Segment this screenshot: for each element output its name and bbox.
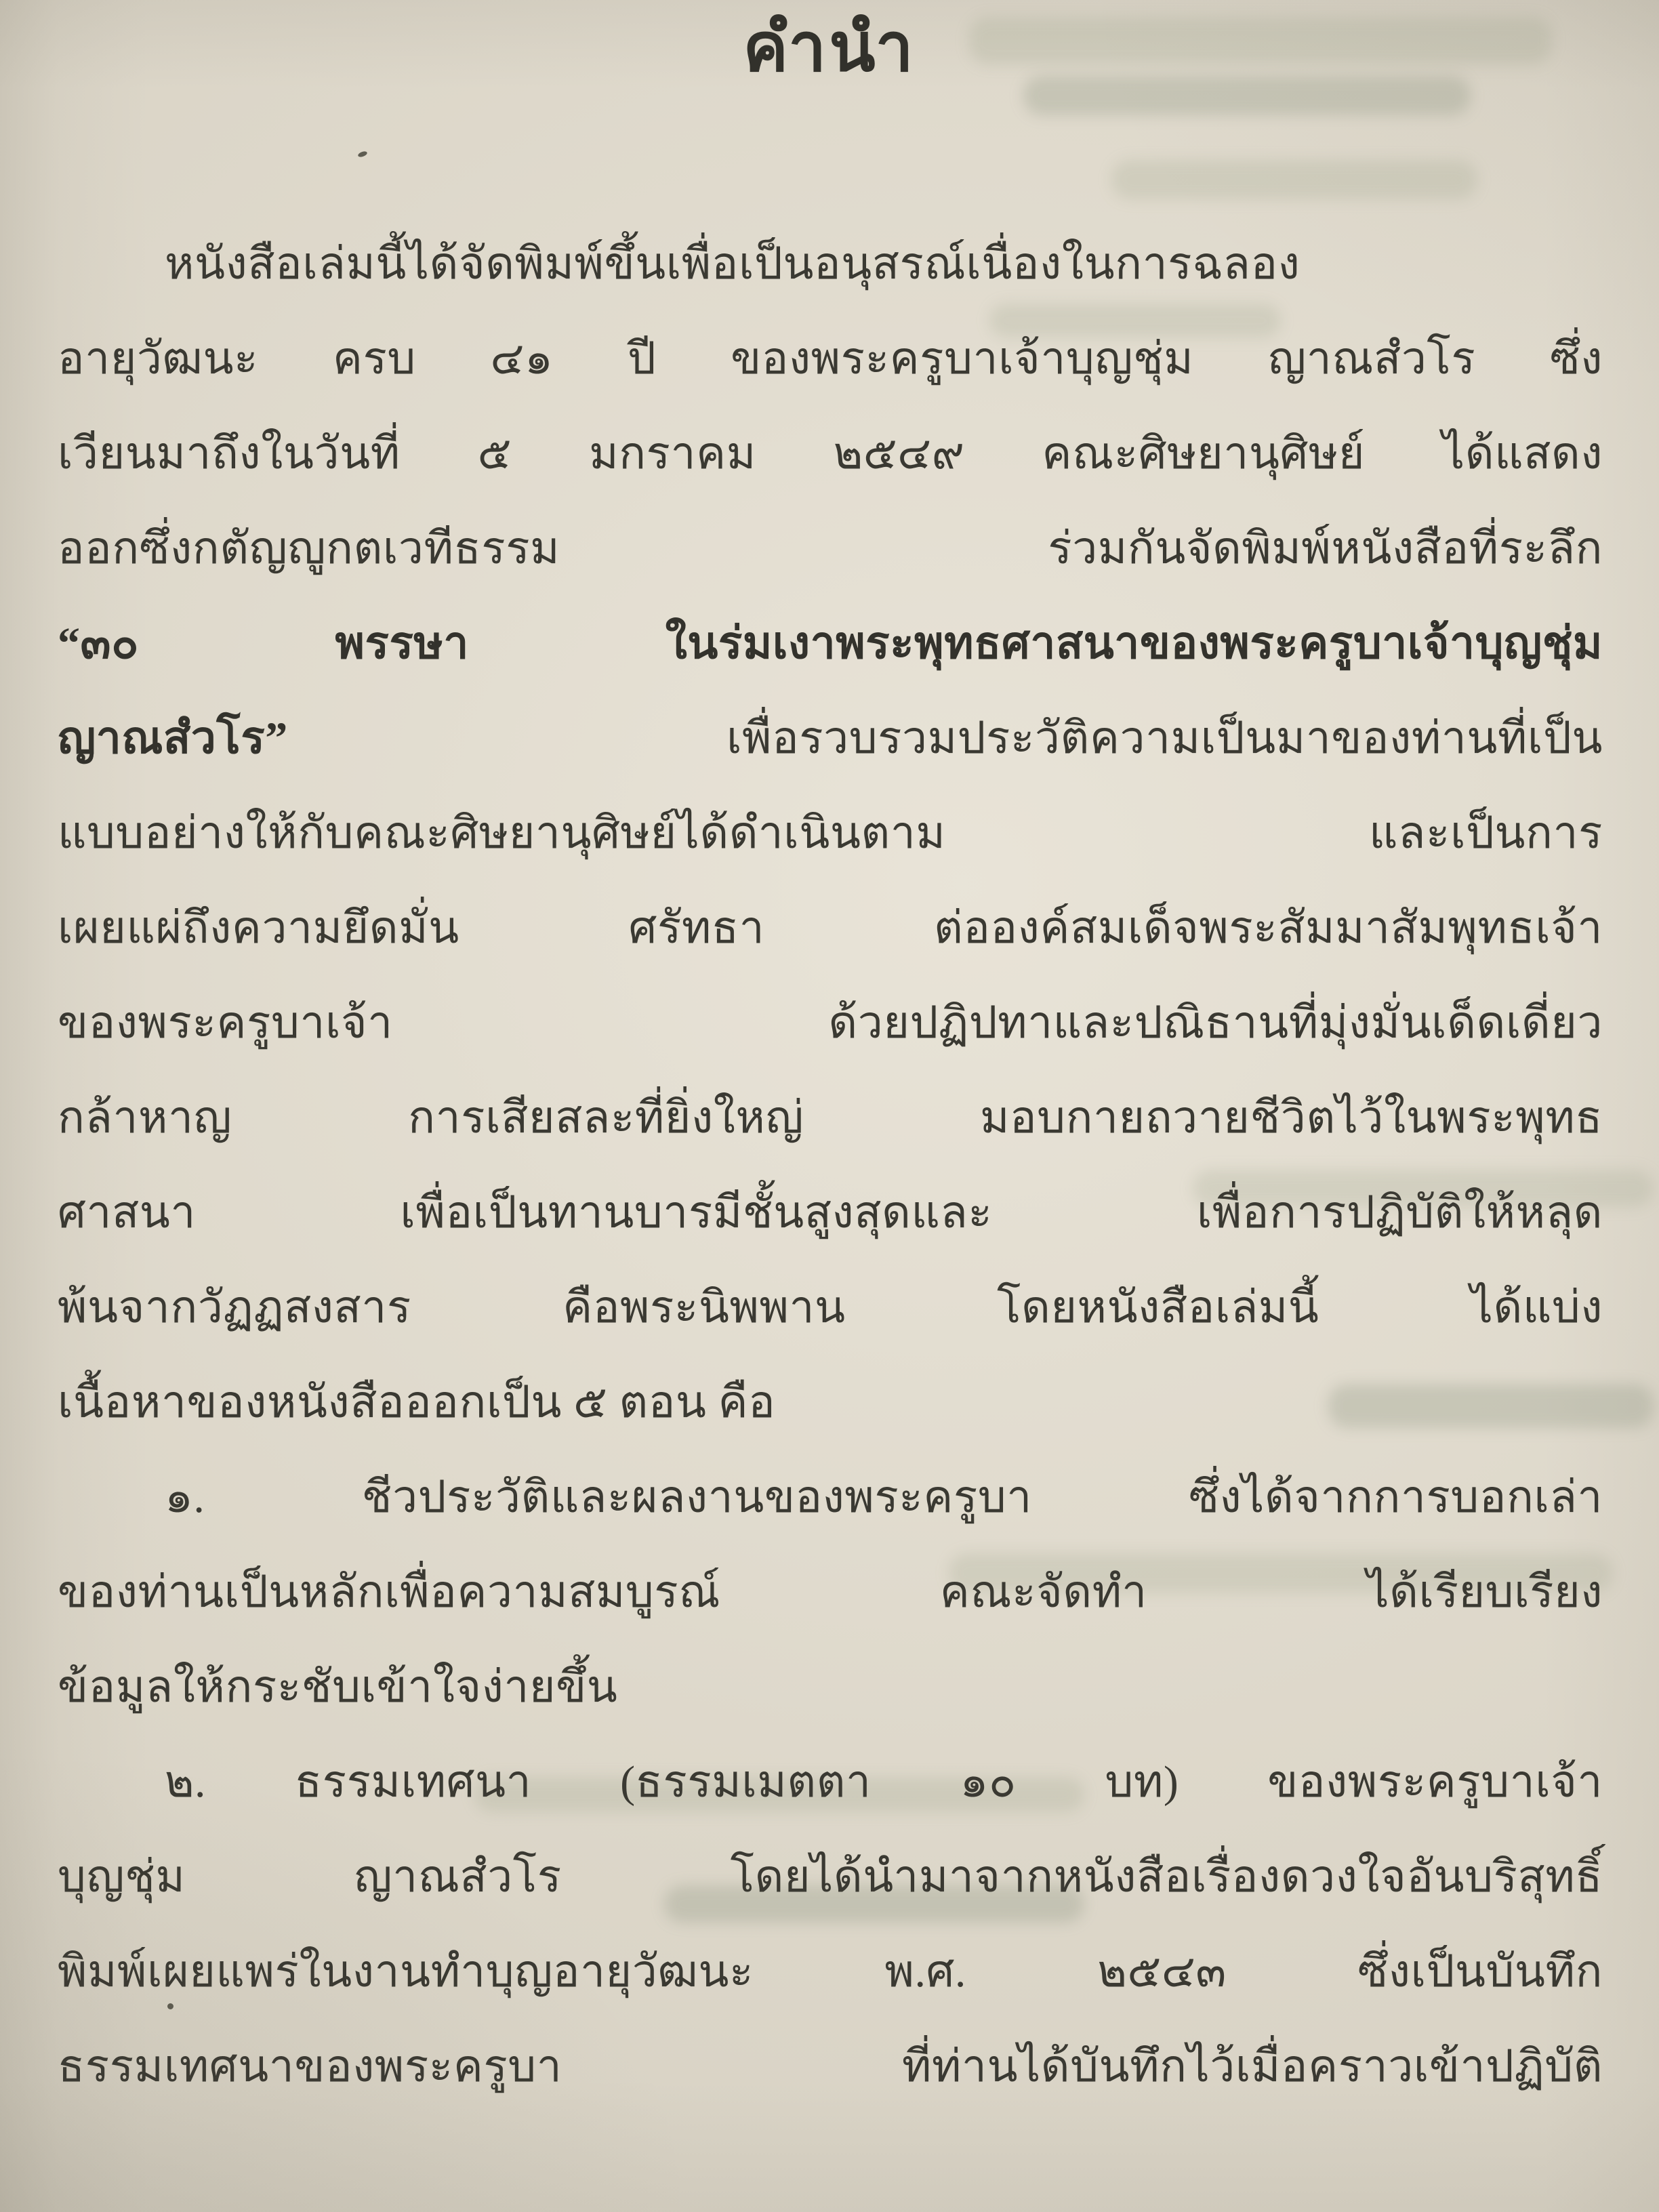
text-line: กล้าหาญ การเสียสละที่ยิ่งใหญ่ มอบกายถวาย… <box>58 1071 1603 1166</box>
text-line: อายุวัฒนะ ครบ ๔๑ ปี ของพระครูบาเจ้าบุญชุ… <box>58 312 1603 407</box>
text-line: แบบอย่างให้กับคณะศิษยานุศิษย์ได้ดำเนินตา… <box>58 786 1603 881</box>
text-line: ธรรมเทศนาของพระครูบา ที่ท่านได้บันทึกไว้… <box>58 2020 1603 2114</box>
page-title: คำนำ <box>0 4 1659 92</box>
book-page-photo: คำนำ หนังสือเล่มนี้ได้จัดพิมพ์ขึ้นเพื่อเ… <box>0 0 1659 2212</box>
preface-text: หนังสือเล่มนี้ได้จัดพิมพ์ขึ้นเพื่อเป็นอน… <box>58 217 1603 2114</box>
text-line: หนังสือเล่มนี้ได้จัดพิมพ์ขึ้นเพื่อเป็นอน… <box>58 217 1603 312</box>
text-line: ออกซึ่งกตัญญูกตเวทีธรรม ร่วมกันจัดพิมพ์ห… <box>58 501 1603 596</box>
ink-bleed-through <box>1111 160 1477 199</box>
text-line: บุญชุ่ม ญาณสํวโร โดยได้นำมาจากหนังสือเรื… <box>58 1830 1603 1925</box>
text-line: พิมพ์เผยแพร่ในงานทำบุญอายุวัฒนะ พ.ศ. ๒๕๔… <box>58 1925 1603 2020</box>
text-line: เผยแผ่ถึงความยึดมั่น ศรัทธา ต่อองค์สมเด็… <box>58 881 1603 976</box>
text-line: ข้อมูลให้กระชับเข้าใจง่ายขึ้น <box>58 1640 1603 1735</box>
text-line-list-item-2: ๒. ธรรมเทศนา (ธรรมเมตตา ๑๐ บท) ของพระครู… <box>58 1735 1603 1830</box>
text-line: ของพระครูบาเจ้า ด้วยปฏิปทาและปณิธานที่มุ… <box>58 976 1603 1071</box>
text-line: เวียนมาถึงในวันที่ ๕ มกราคม ๒๕๔๙ คณะศิษย… <box>58 407 1603 501</box>
text-line-book-title: ญาณสํวโร” เพื่อรวบรวมประวัติความเป็นมาขอ… <box>58 691 1603 786</box>
paper-speck <box>357 150 368 158</box>
text-line-list-item-1: ๑. ชีวประวัติและผลงานของพระครูบา ซึ่งได้… <box>58 1450 1603 1545</box>
text-line: พ้นจากวัฏฏสงสาร คือพระนิพพาน โดยหนังสือเ… <box>58 1261 1603 1355</box>
text-line-book-title: “๓๐ พรรษา ในร่มเงาพระพุทธศาสนาของพระครูบ… <box>58 596 1603 691</box>
text-line: เนื้อหาของหนังสือออกเป็น ๕ ตอน คือ <box>58 1355 1603 1450</box>
text-line: ศาสนา เพื่อเป็นทานบารมีชั้นสูงสุดและ เพื… <box>58 1166 1603 1261</box>
text-line: ของท่านเป็นหลักเพื่อความสมบูรณ์ คณะจัดทำ… <box>58 1545 1603 1640</box>
